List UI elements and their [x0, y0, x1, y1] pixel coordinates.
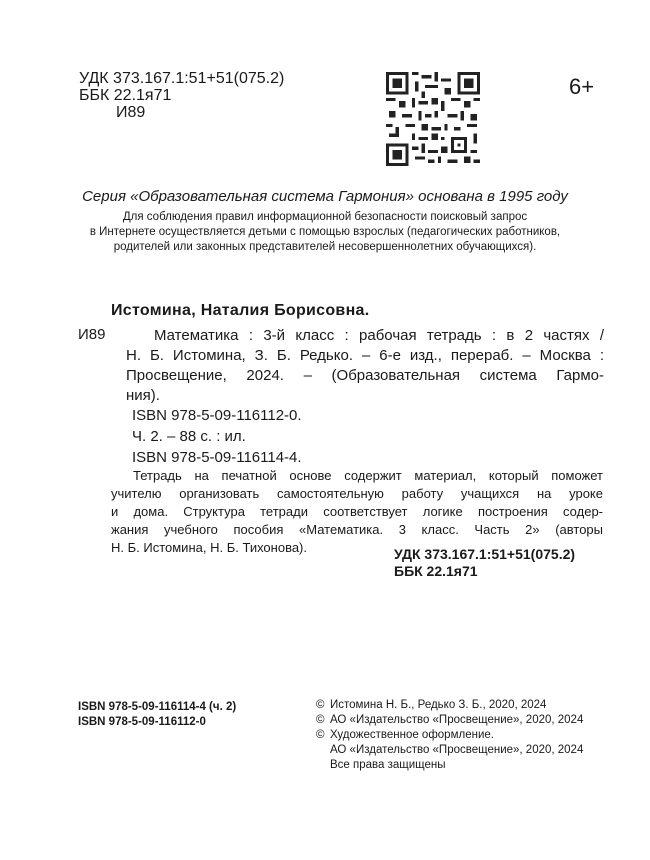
catalog-author: Истомина, Наталия Борисовна.	[111, 302, 369, 320]
annotation-line: учителю организовать самостоятельную раб…	[111, 485, 603, 503]
isbn-line: ISBN 978-5-09-116114-4 (ч. 2)	[78, 700, 236, 715]
copyright-block: ©Истомина Н. Б., Редько З. Б., 2020, 202…	[316, 698, 583, 773]
description-line: Н. Б. Истомина, З. Б. Редько. – 6-е изд.…	[126, 346, 604, 366]
copyright-line: ©Художественное оформление.	[316, 728, 583, 743]
description-line: Просвещение, 2024. – (Образовательная си…	[126, 366, 604, 386]
catalog-codes: УДК 373.167.1:51+51(075.2) ББК 22.1я71	[394, 546, 575, 580]
udk-code: УДК 373.167.1:51+51(075.2)	[79, 70, 284, 87]
safety-line: Для соблюдения правил информационной без…	[0, 210, 650, 225]
safety-notice: Для соблюдения правил информационной без…	[0, 210, 650, 255]
footer-isbn: ISBN 978-5-09-116114-4 (ч. 2) ISBN 978-5…	[78, 700, 236, 730]
catalog-call-number: И89	[78, 326, 105, 343]
catalog-annotation: Тетрадь на печатной основе содержит мате…	[111, 467, 603, 557]
safety-line: в Интернете осуществляется детьми с помо…	[0, 225, 650, 240]
description-line: ния).	[126, 386, 604, 406]
bbk-code: ББК 22.1я71	[79, 87, 284, 104]
author-mark: И89	[79, 104, 284, 121]
copyright-icon: ©	[316, 728, 330, 743]
copyright-line: АО «Издательство «Просвещение», 2020, 20…	[316, 743, 583, 758]
copyright-icon: ©	[316, 698, 330, 713]
catalog-isbn-block: ISBN 978-5-09-116112-0. Ч. 2. – 88 с. : …	[132, 405, 302, 468]
classification-codes: УДК 373.167.1:51+51(075.2) ББК 22.1я71 И…	[79, 70, 284, 121]
qr-code-icon	[386, 72, 480, 166]
description-line: Математика : 3-й класс : рабочая тетрадь…	[126, 326, 604, 346]
isbn-line: ISBN 978-5-09-116112-0.	[132, 405, 302, 426]
copyright-line: ©Истомина Н. Б., Редько З. Б., 2020, 202…	[316, 698, 583, 713]
udk-code-bold: УДК 373.167.1:51+51(075.2)	[394, 546, 575, 563]
annotation-line: и дома. Структура тетради соответствует …	[111, 503, 603, 521]
copyright-line: ©АО «Издательство «Просвещение», 2020, 2…	[316, 713, 583, 728]
safety-line: родителей или законных представителей не…	[0, 240, 650, 255]
age-rating: 6+	[569, 74, 594, 100]
annotation-line: жания учебного пособия «Математика. 3 кл…	[111, 521, 603, 539]
bbk-code-bold: ББК 22.1я71	[394, 563, 575, 580]
series-note: Серия «Образовательная система Гармония»…	[0, 188, 650, 205]
pages-line: Ч. 2. – 88 с. : ил.	[132, 426, 302, 447]
annotation-line: Тетрадь на печатной основе содержит мате…	[111, 467, 603, 485]
rights-reserved: Все права защищены	[316, 758, 583, 773]
isbn-line: ISBN 978-5-09-116112-0	[78, 715, 236, 730]
isbn-line: ISBN 978-5-09-116114-4.	[132, 447, 302, 468]
copyright-icon: ©	[316, 713, 330, 728]
catalog-description: Математика : 3-й класс : рабочая тетрадь…	[126, 326, 604, 406]
